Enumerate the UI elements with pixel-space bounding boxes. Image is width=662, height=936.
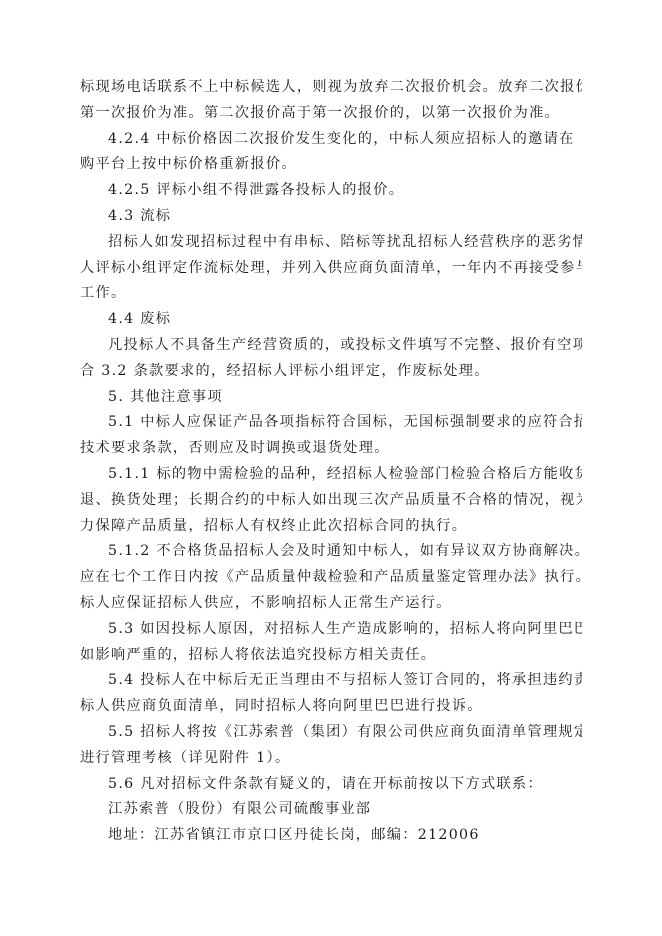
text-line: 标人应保证招标人供应，不影响招标人正常生产运行。 — [80, 591, 582, 617]
contact-company: 江苏索普（股份）有限公司硫酸事业部 — [80, 797, 582, 823]
text-line: 技术要求条款，否则应及时调换或退货处理。 — [80, 436, 582, 462]
text-line: 退、换货处理；长期合约的中标人如出现三次产品质量不合格的情况，视为中标人无能 — [80, 488, 582, 514]
text-line: 招标人如发现招标过程中有串标、陪标等扰乱招标人经营秩序的恶劣情况，经招标 — [80, 230, 582, 256]
text-line: 购平台上按中标价格重新报价。 — [80, 152, 582, 178]
text-line: 如影响严重的，招标人将依法追究投标方相关责任。 — [80, 643, 582, 669]
text-line: 力保障产品质量，招标人有权终止此次招标合同的执行。 — [80, 514, 582, 540]
heading-4-3: 4.3 流标 — [80, 204, 582, 230]
clause-5-4: 5.4 投标人在中标后无正当理由不与招标人签订合同的，将承担违约责任，列入招 — [80, 668, 582, 694]
clause-5-5: 5.5 招标人将按《江苏索普（集团）有限公司供应商负面清单管理规定》对投标人 — [80, 720, 582, 746]
text-line: 凡投标人不具备生产经营资质的，或投标文件填写不完整、报价有空项的，或不符 — [80, 333, 582, 359]
clause-4-2-5: 4.2.5 评标小组不得泄露各投标人的报价。 — [80, 178, 582, 204]
text-line: 合 3.2 条款要求的，经招标人评标小组评定，作废标处理。 — [80, 359, 582, 385]
document-page: 标现场电话联系不上中标候选人，则视为放弃二次报价机会。放弃二次报价机会的以其 第… — [80, 75, 582, 849]
heading-4-4: 4.4 废标 — [80, 307, 582, 333]
clause-5-1: 5.1 中标人应保证产品各项指标符合国标，无国标强制要求的应符合招标人 3.2 — [80, 410, 582, 436]
heading-5: 5. 其他注意事项 — [80, 385, 582, 411]
clause-5-3: 5.3 如因投标人原因，对招标人生产造成影响的，招标人将向阿里巴巴公司投诉。 — [80, 617, 582, 643]
text-line: 应在七个工作日内按《产品质量仲裁检验和产品质量鉴定管理办法》执行。仲裁期间中 — [80, 565, 582, 591]
text-line: 第一次报价为准。第二次报价高于第一次报价的，以第一次报价为准。 — [80, 101, 582, 127]
text-line: 标人供应商负面清单，同时招标人将向阿里巴巴进行投诉。 — [80, 694, 582, 720]
clause-5-6: 5.6 凡对招标文件条款有疑义的，请在开标前按以下方式联系： — [80, 772, 582, 798]
contact-address: 地址：江苏省镇江市京口区丹徒长岗，邮编：212006 — [80, 823, 582, 849]
text-line: 进行管理考核（详见附件 1）。 — [80, 746, 582, 772]
clause-4-2-4: 4.2.4 中标价格因二次报价发生变化的，中标人须应招标人的邀请在 1688 大… — [80, 127, 582, 153]
text-line: 标现场电话联系不上中标候选人，则视为放弃二次报价机会。放弃二次报价机会的以其 — [80, 75, 582, 101]
clause-5-1-2: 5.1.2 不合格货品招标人会及时通知中标人，如有异议双方协商解决。如需仲裁， — [80, 539, 582, 565]
clause-5-1-1: 5.1.1 标的物中需检验的品种，经招标人检验部门检验合格后方能收货，否则做 — [80, 462, 582, 488]
text-line: 工作。 — [80, 281, 582, 307]
text-line: 人评标小组评定作流标处理，并列入供应商负面清单，一年内不再接受参与招标人招标 — [80, 256, 582, 282]
